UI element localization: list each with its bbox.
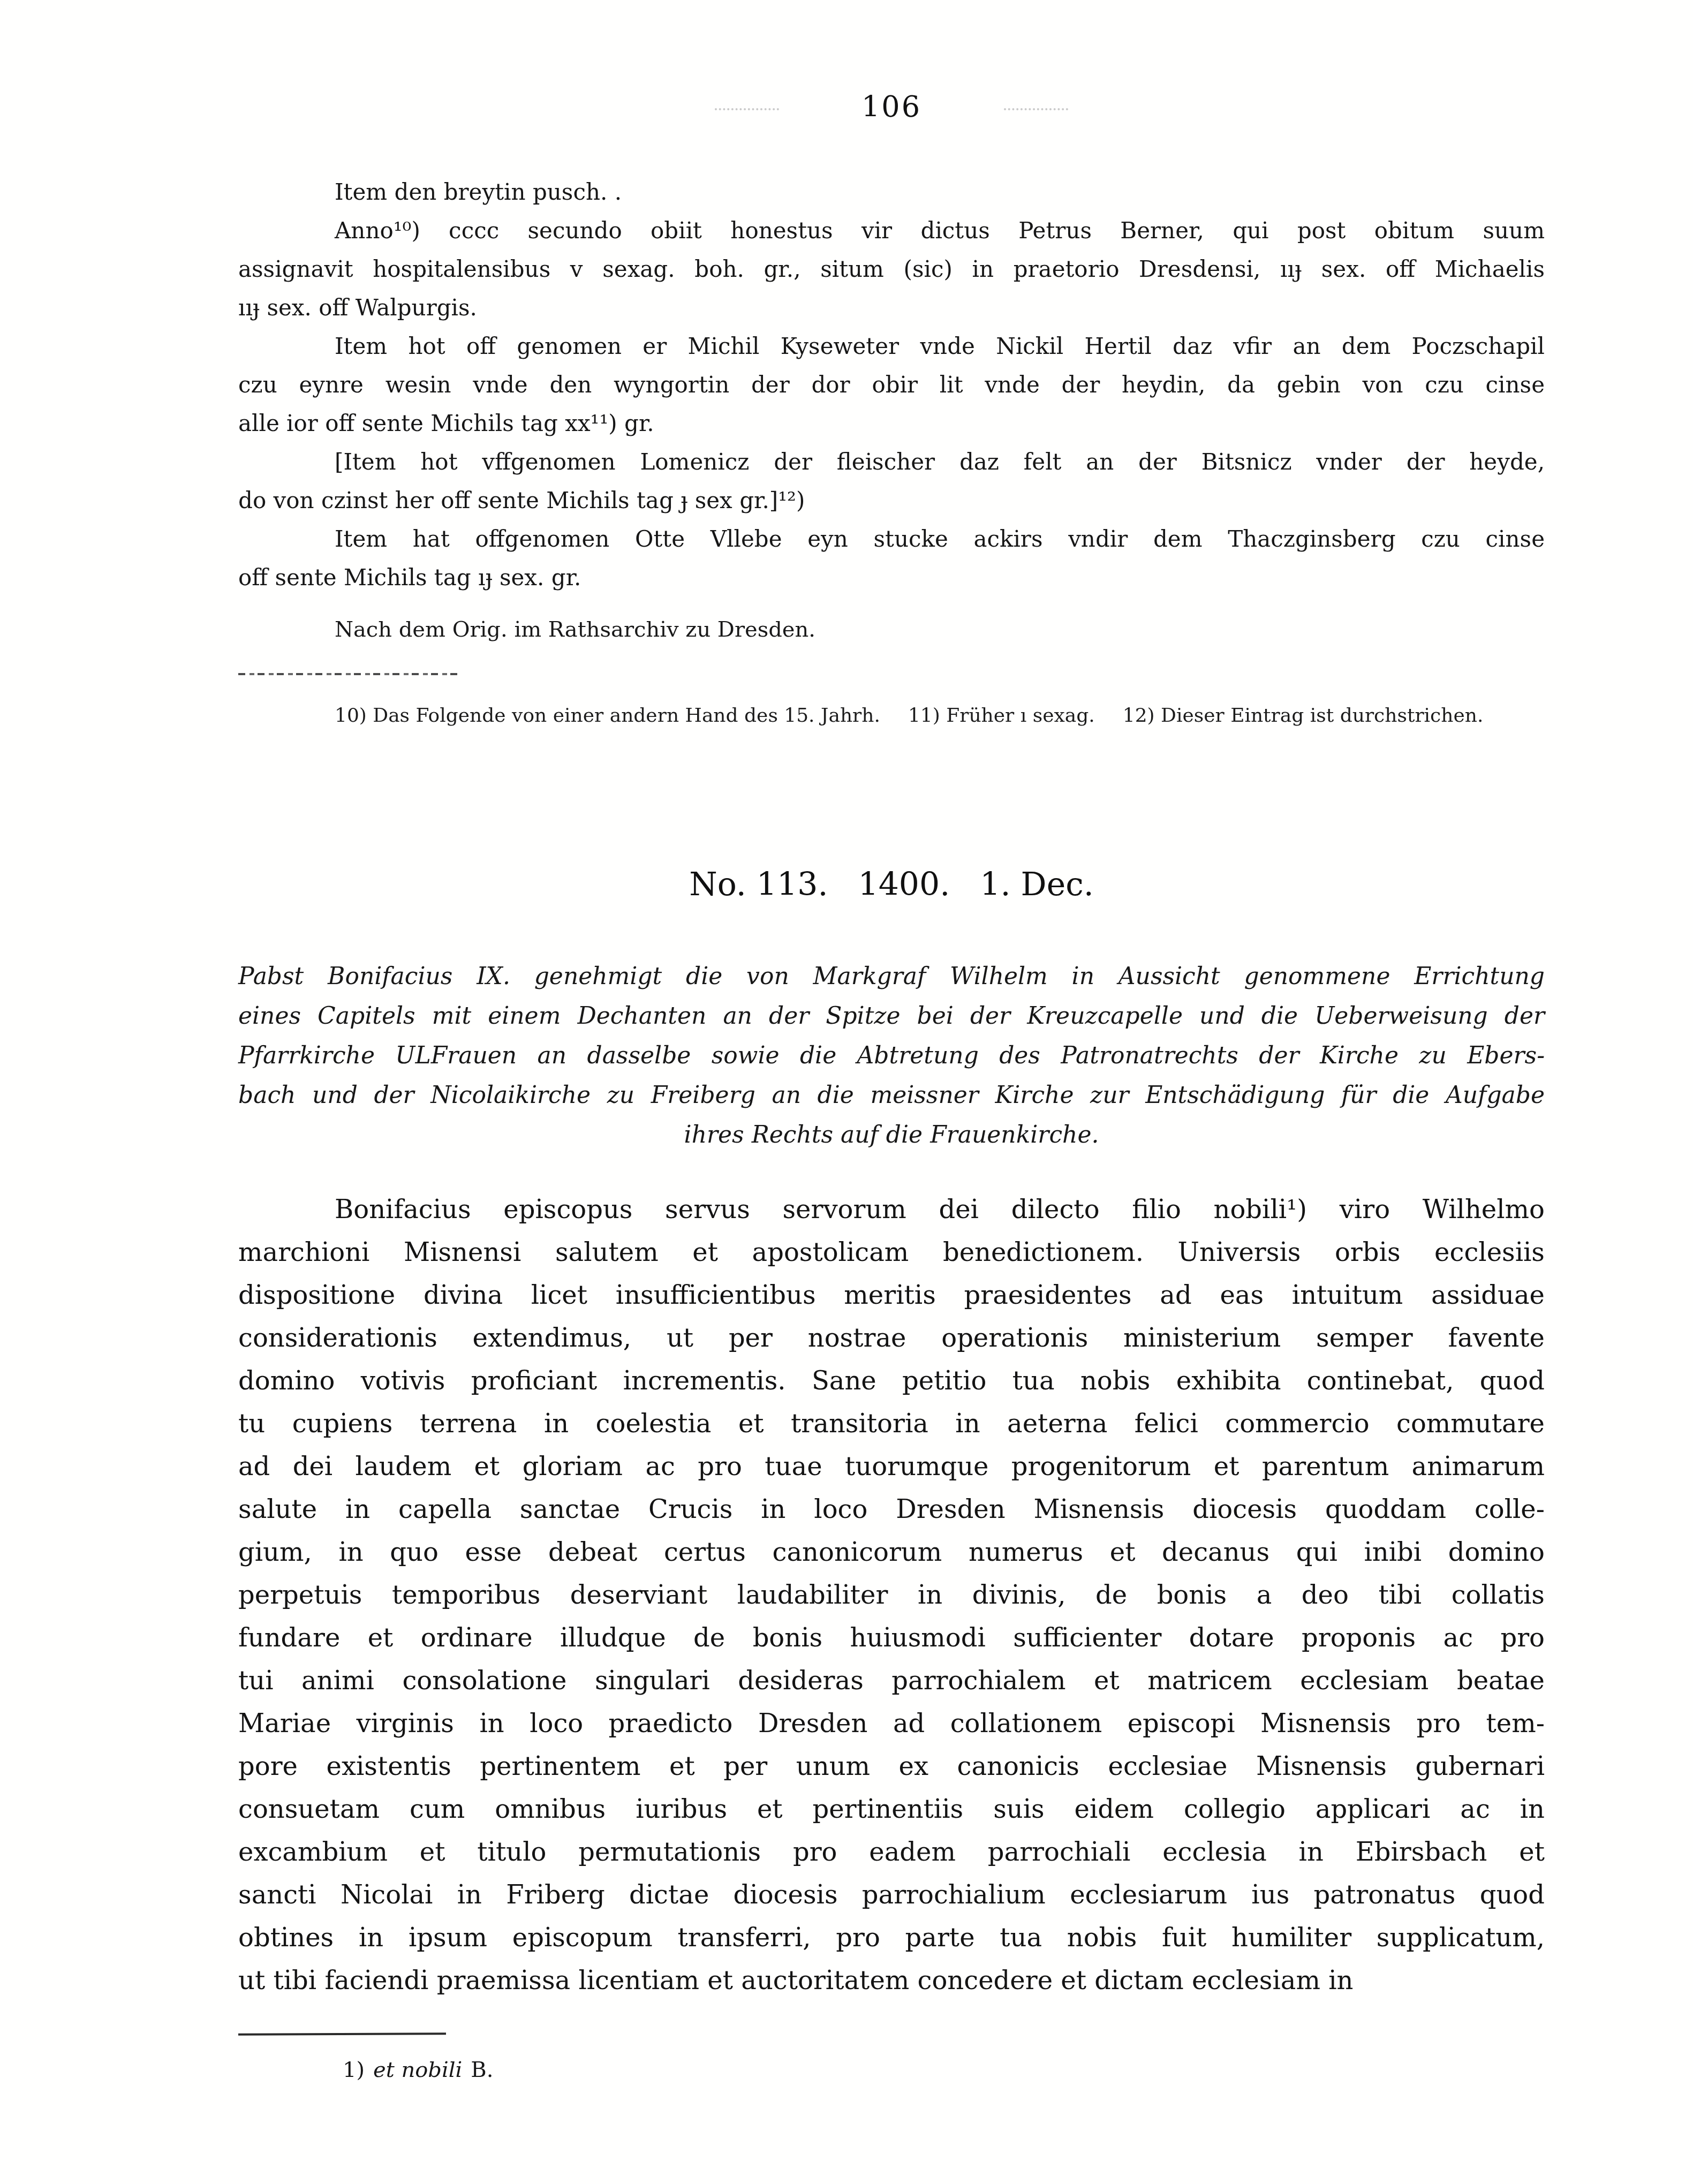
entry-number: No. 113. [689,866,828,903]
footnote-variant-reading: et nobili [373,2058,462,2082]
footnote-separator-dashed [238,673,458,675]
footnote-11: 11) Früher ı sexag. [908,705,1095,727]
footnote-siglum: B. [471,2058,493,2082]
footnotes-row: 10) Das Folgende von einer andern Hand d… [238,703,1545,729]
entry-112-continuation: Item den breytin pusch. . Anno¹⁰) cccc s… [238,173,1545,729]
footnote-1: 1)et nobiliB. [238,2055,1545,2084]
item-paragraph-5: Item hat offgenomen Otte Vllebe eyn stuc… [238,520,1545,597]
item-paragraph-1: Item den breytin pusch. . [238,173,1545,211]
page-number: 106 [238,90,1545,124]
footnote-10: 10) Das Folgende von einer andern Hand d… [335,705,880,727]
item-paragraph-3: Item hot off genomen er Michil Kyseweter… [238,327,1545,443]
scanned-page: 106 Item den breytin pusch. . Anno¹⁰) cc… [0,0,1693,2184]
entry-113: No. 113.1400.1. Dec. Pabst Bonifacius IX… [238,864,1545,2084]
entry-year: 1400. [858,866,950,903]
footnote-12: 12) Dieser Eintrag ist durchstrichen. [1123,705,1484,727]
entry-date: 1. Dec. [980,866,1094,903]
source-note: Nach dem Orig. im Rathsarchiv zu Dresden… [335,615,1545,644]
latin-charter-text: Bonifacius episcopus servus servorum dei… [238,1188,1545,2002]
item-paragraph-2: Anno¹⁰) cccc secundo obiit honestus vir … [238,211,1545,327]
item-paragraph-4-struck-entry: [Item hot vffgenomen Lomenicz der fleisc… [238,443,1545,520]
regest-summary: Pabst Bonifacius IX. genehmigt die von M… [238,957,1545,1155]
entry-heading: No. 113.1400.1. Dec. [238,864,1545,905]
footnote-marker: 1) [343,2058,365,2082]
text-column: 106 Item den breytin pusch. . Anno¹⁰) cc… [0,0,1693,2084]
footnote-separator [238,2032,446,2036]
